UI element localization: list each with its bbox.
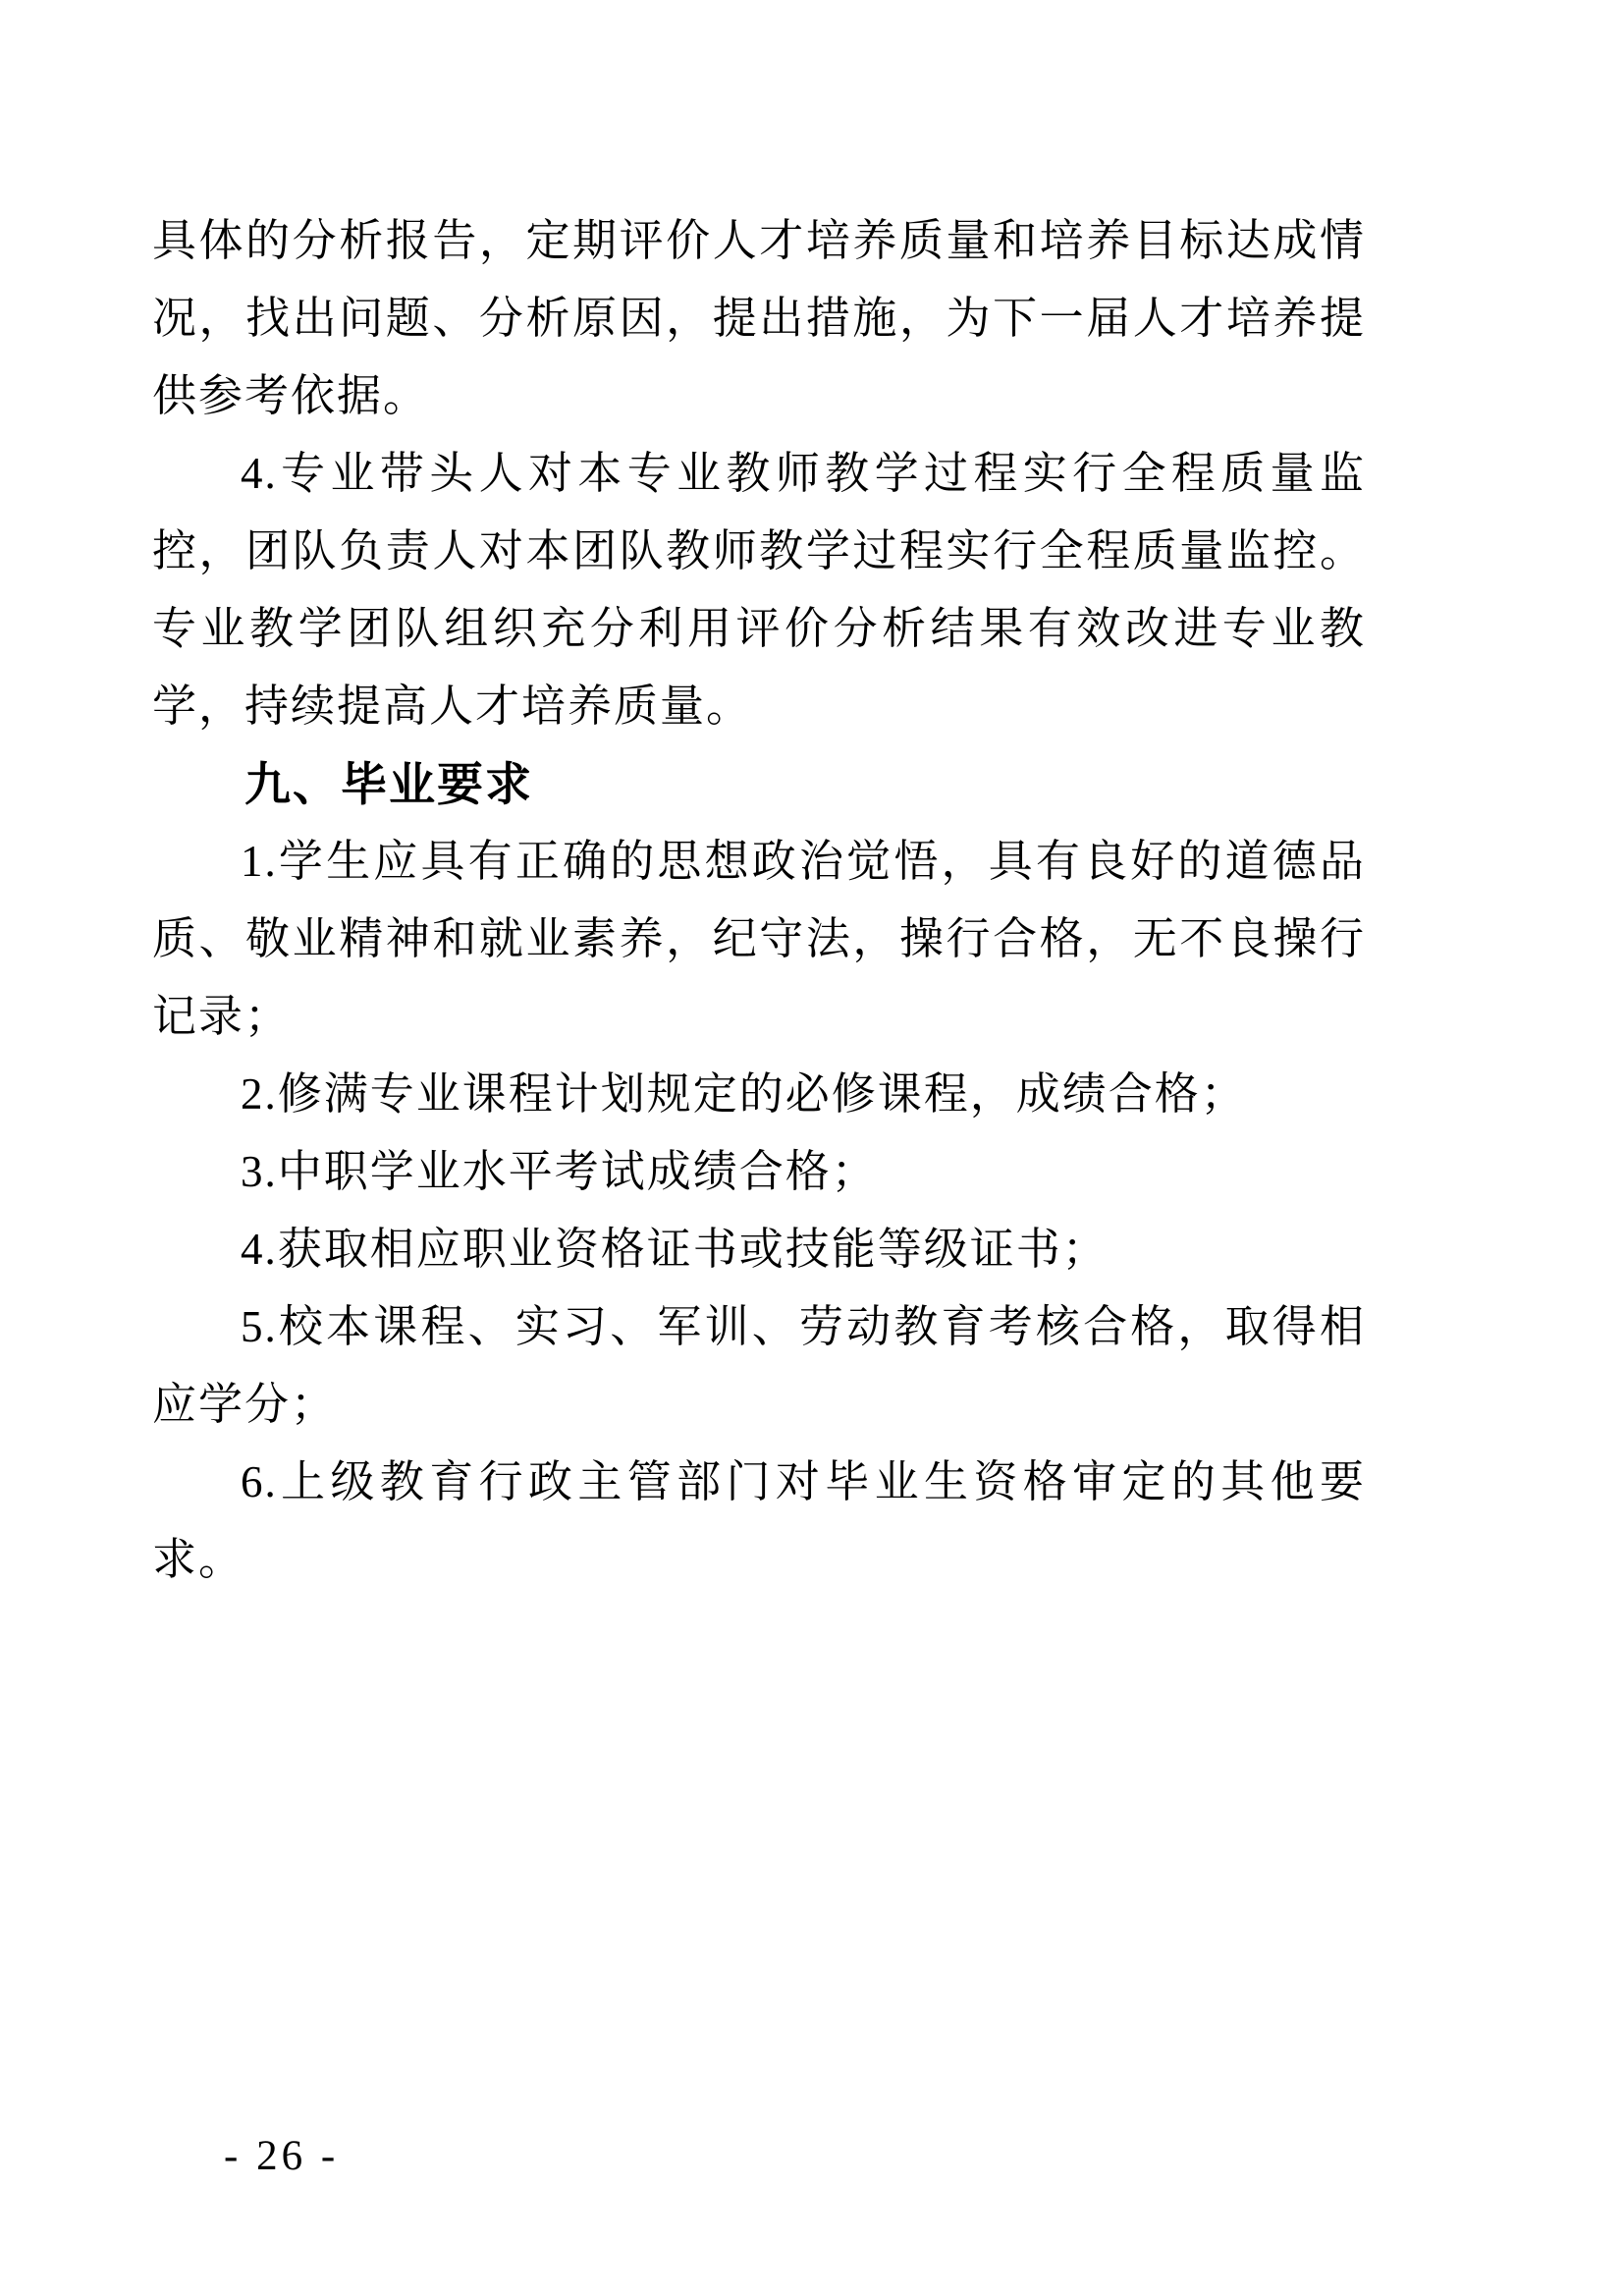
document-page: 具体的分析报告，定期评价人才培养质量和培养目标达成情况，找出问题、分析原因，提出… <box>0 0 1623 2296</box>
list-item-requirement-5: 5.校本课程、实习、军训、劳动教育考核合格，取得相应学分； <box>152 1288 1366 1444</box>
list-item-requirement-4: 4.获取相应职业资格证书或技能等级证书； <box>152 1211 1366 1288</box>
document-body: 具体的分析报告，定期评价人才培养质量和培养目标达成情况，找出问题、分析原因，提出… <box>152 202 1366 1599</box>
section-heading-graduation-requirements: 九、毕业要求 <box>152 745 1366 823</box>
list-item-requirement-6: 6.上级教育行政主管部门对毕业生资格审定的其他要求。 <box>152 1444 1366 1599</box>
page-footer: - 26 - <box>224 2133 339 2180</box>
list-item-requirement-2: 2.修满专业课程计划规定的必修课程，成绩合格； <box>152 1056 1366 1133</box>
page-number: - 26 - <box>224 2133 339 2179</box>
paragraph-quality-report-continuation: 具体的分析报告，定期评价人才培养质量和培养目标达成情况，找出问题、分析原因，提出… <box>152 202 1366 435</box>
paragraph-item-4-quality-monitoring: 4.专业带头人对本专业教师教学过程实行全程质量监控，团队负责人对本团队教师教学过… <box>152 435 1366 745</box>
list-item-requirement-1: 1.学生应具有正确的思想政治觉悟，具有良好的道德品质、敬业精神和就业素养，纪守法… <box>152 823 1366 1056</box>
list-item-requirement-3: 3.中职学业水平考试成绩合格； <box>152 1133 1366 1211</box>
